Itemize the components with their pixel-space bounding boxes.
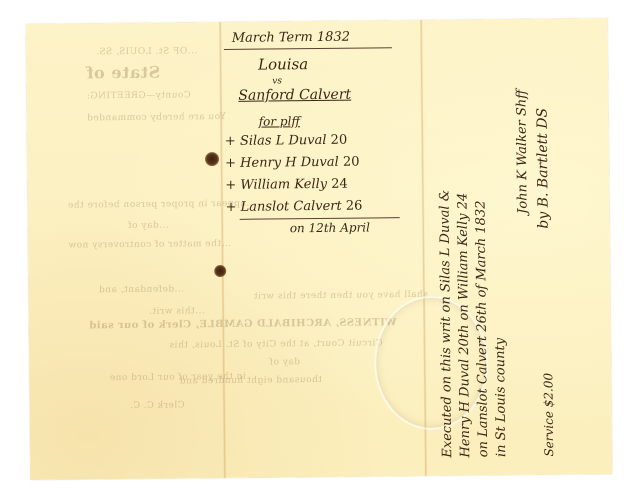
witness-note: 20 — [343, 155, 360, 170]
bleedthrough-line: ...OF St. LOUIS, SS. — [96, 46, 197, 57]
sheriff-signature: John K Walker Shff — [514, 89, 530, 213]
fee-note: Service $2.00 — [541, 373, 556, 457]
witness-heading: for plff — [259, 114, 300, 128]
bleedthrough-line: ...this writ. — [149, 306, 205, 317]
return-line: Henry H Duval 20th on William Kelly 24 — [455, 193, 473, 458]
witness-note: 24 — [331, 177, 348, 192]
return-line: on Lanslot Calvert 26th of March 1832 — [474, 200, 492, 457]
burn-hole — [205, 152, 219, 166]
fold-line-left — [219, 22, 227, 478]
witness-row: + Henry H Duval 20 — [225, 155, 362, 178]
burn-hole — [214, 265, 226, 277]
divider — [224, 47, 392, 50]
bleedthrough-line: State of — [86, 63, 160, 83]
bleedthrough-line: ...defendant, and — [98, 284, 184, 295]
witness-mark: + — [225, 178, 236, 193]
bleedthrough-line: You are hereby commanded — [87, 112, 226, 123]
deputy-signature: by B. Bartlett DS — [535, 108, 552, 229]
witness-note: 26 — [346, 199, 363, 214]
bleedthrough-line: thousand eight hundred and — [179, 375, 322, 386]
return-line: Executed on this writ on Silas L Duval & — [437, 190, 455, 458]
docket-plaintiff: Louisa — [258, 55, 308, 74]
witness-mark: + — [225, 200, 236, 215]
bleedthrough-line: WITNESS, ARCHIBALD GAMBLE, Clerk of our … — [89, 317, 397, 331]
witness-mark: + — [225, 156, 236, 171]
docket-defendant: Sanford Calvert — [238, 87, 351, 104]
docket-versus: vs — [272, 76, 282, 86]
docket-term: March Term 1832 — [232, 30, 350, 46]
witness-list: + Silas L Duval 20 + Henry H Duval 20 + … — [225, 133, 363, 222]
bleedthrough-line: ...day of — [128, 221, 169, 231]
return-line: in St Louis county — [493, 338, 509, 457]
witness-name: William Kelly — [240, 177, 327, 193]
witness-mark: + — [225, 134, 236, 149]
bleedthrough-line: ...the matter of controversy now — [68, 239, 231, 251]
witness-name: Lanslot Calvert — [241, 199, 342, 215]
bleedthrough-line: County—GREETING: — [86, 90, 190, 101]
witness-name: Silas L Duval — [240, 133, 327, 149]
witness-note: 20 — [331, 133, 348, 148]
bleedthrough-line: day of — [269, 357, 300, 367]
witness-row: + William Kelly 24 — [225, 177, 362, 200]
witness-name: Henry H Duval — [240, 155, 339, 171]
bleedthrough-line: Circuit Court, at the City of St. Louis,… — [169, 338, 383, 350]
witness-row: + Silas L Duval 20 — [225, 133, 362, 156]
bleedthrough-line: Clerk C. C. — [130, 400, 185, 411]
return-date: on 12th April — [290, 220, 370, 235]
document-paper: ...OF St. LOUIS, SS. State of County—GRE… — [26, 18, 613, 480]
